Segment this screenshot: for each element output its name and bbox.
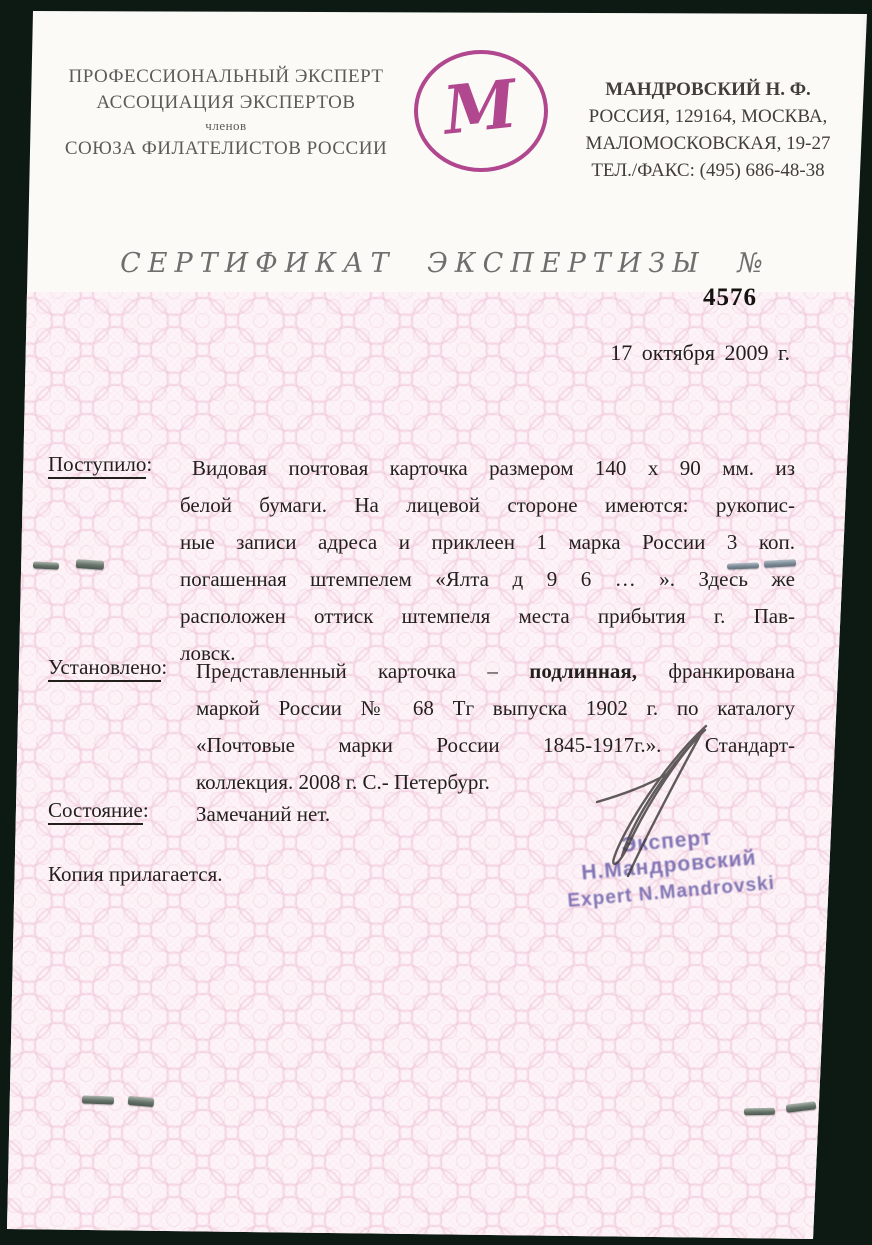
association-line-2: АССОЦИАЦИЯ ЭКСПЕРТОВ <box>58 90 394 116</box>
expert-address-line-2: МАЛОМОСКОВСКАЯ, 19-27 <box>560 130 856 157</box>
staple <box>82 1095 114 1104</box>
association-line-1: ПРОФЕССИОНАЛЬНЫЙ ЭКСПЕРТ <box>58 64 394 90</box>
expert-contact-block: МАНДРОВСКИЙ Н. Ф. РОССИЯ, 129164, МОСКВА… <box>560 76 856 184</box>
certificate-paper: ПРОФЕССИОНАЛЬНЫЙ ЭКСПЕРТ АССОЦИАЦИЯ ЭКСП… <box>0 0 872 1245</box>
staple <box>786 1101 817 1113</box>
established-label: Установлено: <box>48 655 167 680</box>
authentic-bold-word: подлинная, <box>529 659 637 683</box>
association-line-4: СОЮЗА ФИЛАТЕЛИСТОВ РОССИИ <box>58 136 394 162</box>
staple <box>744 1108 775 1116</box>
received-line: расположен оттиск штемпеля места прибыти… <box>180 598 795 635</box>
signature <box>585 708 735 883</box>
certificate-date: 17 октября 2009 г. <box>610 340 790 366</box>
expert-phone: ТЕЛ./ФАКС: (495) 686-48-38 <box>560 157 856 184</box>
received-text: Видовая почтовая карточка размером 140 х… <box>180 450 795 672</box>
received-line: погашенная штемпелем «Ялта д 9 6 … ». Зд… <box>180 561 795 598</box>
staple <box>128 1096 155 1107</box>
expert-address-line-1: РОССИЯ, 129164, МОСКВА, <box>560 103 856 130</box>
condition-text: Замечаний нет. <box>196 796 596 833</box>
association-line-3: членов <box>58 116 394 136</box>
monogram-logo: М <box>414 50 548 172</box>
received-line: Видовая почтовая карточка размером 140 х… <box>180 450 795 487</box>
received-line: ные записи адреса и приклеен 1 марка Рос… <box>180 524 795 561</box>
expert-name: МАНДРОВСКИЙ Н. Ф. <box>560 76 856 103</box>
monogram-letter-icon: М <box>440 64 521 149</box>
certificate-number: 4576 <box>703 284 783 312</box>
staple <box>727 562 759 569</box>
certificate-title: СЕРТИФИКАТ ЭКСПЕРТИЗЫ № <box>80 248 810 279</box>
established-line: Представленный карточка – подлинная, фра… <box>196 653 795 690</box>
expert-association-block: ПРОФЕССИОНАЛЬНЫЙ ЭКСПЕРТ АССОЦИАЦИЯ ЭКСП… <box>58 64 394 162</box>
condition-label: Состояние: <box>48 798 149 823</box>
staple <box>33 561 59 569</box>
staple <box>76 559 105 570</box>
received-label: Поступило: <box>48 452 152 477</box>
received-line: белой бумаги. На лицевой стороне имеются… <box>180 487 795 524</box>
copy-note: Копия прилагается. <box>48 862 223 887</box>
